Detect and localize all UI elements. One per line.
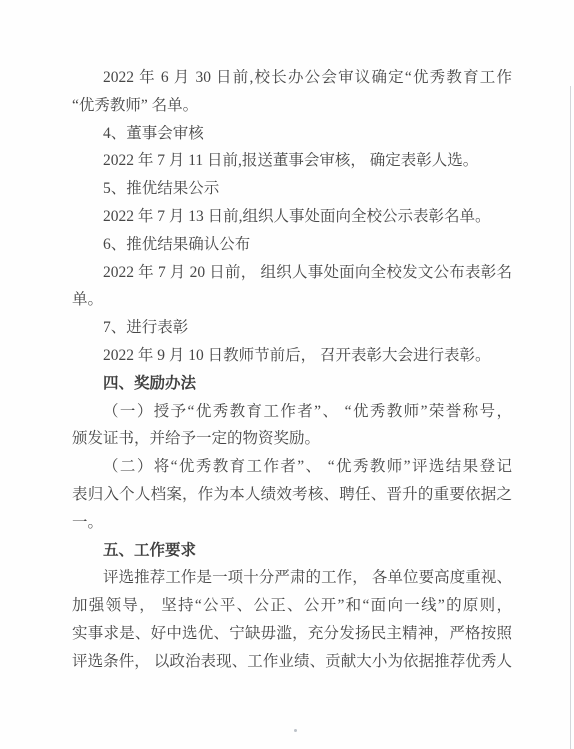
document-page: 2022 年 6 月 30 日前,校长办公会审议确定“优秀教育工作者”、 “优秀… [0,0,574,749]
scan-speck [294,729,297,732]
text-line: （一）授予“优秀教育工作者”、 “优秀教师”荣誉称号， [72,398,512,426]
text-line: 2022 年 6 月 30 日前,校长办公会审议确定“优秀教育工作者”、 [72,64,512,92]
page-edge-shadow [570,86,572,749]
text-line: 实事求是、好中选优、宁缺毋滥，充分发扬民主精神，严格按照 [72,620,512,648]
text-line: 颁发证书，并给予一定的物资奖励。 [72,425,512,453]
text-line: 2022 年 7 月 11 日前,报送董事会审核， 确定表彰人选。 [72,147,512,175]
text-line: 4、董事会审核 [72,120,512,148]
text-line: 一。 [72,509,512,537]
text-line: 7、进行表彰 [72,314,512,342]
section-heading: 四、奖励办法 [72,370,512,398]
text-line: 加强领导， 坚持“公平、公正、公开”和“面向一线”的原则， [72,592,512,620]
text-line: 2022 年 9 月 10 日教师节前后， 召开表彰大会进行表彰。 [72,342,512,370]
text-line: 表归入个人档案，作为本人绩效考核、聘任、晋升的重要依据之 [72,481,512,509]
text-line: 5、推优结果公示 [72,175,512,203]
text-line: 评选条件， 以政治表现、工作业绩、贡献大小为依据推荐优秀人 [72,648,512,676]
text-line: “优秀教师” 名单。 [72,92,512,120]
text-line: （二）将“优秀教育工作者”、 “优秀教师”评选结果登记 [72,453,512,481]
text-line: 评选推荐工作是一项十分严肃的工作， 各单位要高度重视、 [72,564,512,592]
text-line: 6、推优结果确认公布 [72,231,512,259]
section-heading: 五、工作要求 [72,537,512,565]
text-line: 单。 [72,286,512,314]
document-text: 2022 年 6 月 30 日前,校长办公会审议确定“优秀教育工作者”、 “优秀… [72,64,512,676]
text-line: 2022 年 7 月 20 日前， 组织人事处面向全校发文公布表彰名 [72,259,512,287]
text-line: 2022 年 7 月 13 日前,组织人事处面向全校公示表彰名单。 [72,203,512,231]
